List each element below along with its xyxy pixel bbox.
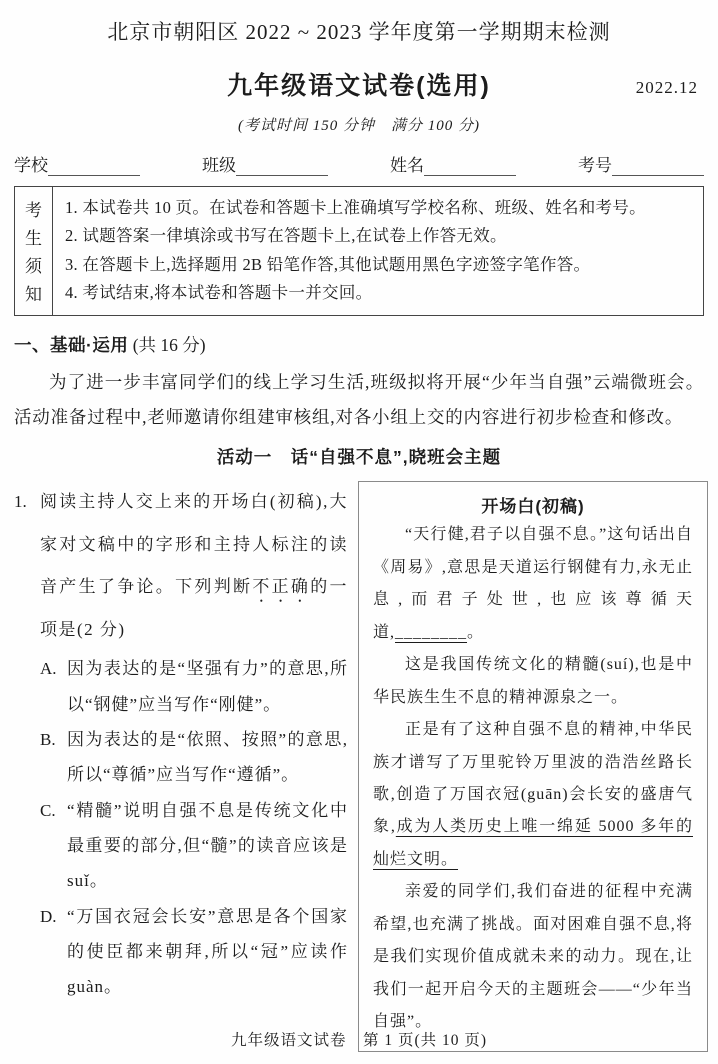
student-info-form: 学校 班级 姓名 考号 — [14, 151, 704, 176]
option-d-label: D. — [40, 899, 67, 1005]
notice-item: 4. 考试结束,将本试卷和答题卡一并交回。 — [65, 279, 693, 307]
page-footer: 九年级语文试卷 第 1 页(共 10 页) — [0, 1028, 718, 1050]
notice-side-char: 知 — [25, 280, 42, 305]
exam-duration-info: (考试时间 150 分钟 满分 100 分) — [0, 114, 718, 135]
speech-paragraph-4: 亲爱的同学们,我们奋进的征程中充满希望,也充满了挑战。面对困难自强不息,将是我们… — [373, 876, 693, 1038]
speech-paragraph-1: “天行健,君子以自强不息。”这句话出自《周易》,意思是天道运行钢健有力,永无止息… — [373, 519, 693, 649]
speech-box-title: 开场白(初稿) — [373, 492, 693, 517]
section-one-heading: 一、基础·运用 (共 16 分) — [14, 332, 704, 357]
section-one-title: 一、基础·运用 — [14, 335, 128, 355]
stem-emphasized-text: 不正确 — [252, 577, 310, 596]
option-a-text: 因为表达的是“坚强有力”的意思,所以“钢健”应当写作“刚健”。 — [67, 651, 348, 722]
option-a: A. 因为表达的是“坚强有力”的意思,所以“钢健”应当写作“刚健”。 — [40, 651, 348, 722]
question-area: 1. 阅读主持人交上来的开场白(初稿),大家对文稿中的字形和主持人标注的读音产生… — [0, 481, 718, 1052]
question-1-options: A. 因为表达的是“坚强有力”的意思,所以“钢健”应当写作“刚健”。 B. 因为… — [14, 651, 348, 1005]
class-label: 班级 — [202, 151, 236, 176]
option-c-text: “精髓”说明自强不息是传统文化中最重要的部分,但“髓”的读音应该是 suǐ。 — [67, 793, 348, 899]
notice-side-char: 考 — [25, 196, 42, 221]
option-b-text: 因为表达的是“依照、按照”的意思,所以“尊循”应当写作“遵循”。 — [67, 722, 348, 793]
question-1-stem-text: 阅读主持人交上来的开场白(初稿),大家对文稿中的字形和主持人标注的读音产生了争论… — [40, 481, 348, 651]
name-blank-line — [424, 157, 516, 176]
class-blank-line — [236, 157, 328, 176]
option-b-label: B. — [40, 722, 67, 793]
question-1-stem: 1. 阅读主持人交上来的开场白(初稿),大家对文稿中的字形和主持人标注的读音产生… — [14, 481, 348, 651]
exam-title-line2: 九年级语文试卷(选用) — [227, 72, 491, 100]
class-field: 班级 — [202, 151, 328, 176]
speech-draft-panel: 开场白(初稿) “天行健,君子以自强不息。”这句话出自《周易》,意思是天道运行钢… — [358, 481, 708, 1052]
speech-paragraph-3: 正是有了这种自强不息的精神,中华民族才谱写了万里驼铃万里波的浩浩丝路长歌,创造了… — [373, 714, 693, 876]
school-label: 学校 — [14, 151, 48, 176]
fill-in-blank-line: ________ — [395, 624, 467, 641]
notice-item: 3. 在答题卡上,选择题用 2B 铅笔作答,其他试题用黑色字迹签字笔作答。 — [65, 251, 693, 279]
option-d: D. “万国衣冠会长安”意思是各个国家的使臣都来朝拜,所以“冠”应读作 guàn… — [40, 899, 348, 1005]
notice-item: 1. 本试卷共 10 页。在试卷和答题卡上准确填写学校名称、班级、姓名和考号。 — [65, 194, 693, 222]
exam-number-blank-line — [612, 157, 704, 176]
option-c: C. “精髓”说明自强不息是传统文化中最重要的部分,但“髓”的读音应该是 suǐ… — [40, 793, 348, 899]
section-one-intro: 为了进一步丰富同学们的线上学习生活,班级拟将开展“少年当自强”云端微班会。活动准… — [14, 365, 704, 437]
notice-side-char: 须 — [25, 252, 42, 277]
school-blank-line — [48, 157, 140, 176]
notice-side-label: 考 生 须 知 — [15, 187, 53, 315]
name-field: 姓名 — [390, 151, 516, 176]
notice-item: 2. 试题答案一律填涂或书写在答题卡上,在试卷上作答无效。 — [65, 222, 693, 250]
underlined-sentence: 成为人类历史上唯一绵延 5000 多年的灿烂文明。 — [373, 818, 693, 867]
section-one-score: (共 16 分) — [133, 335, 206, 355]
speech-draft-box: 开场白(初稿) “天行健,君子以自强不息。”这句话出自《周易》,意思是天道运行钢… — [358, 481, 708, 1052]
exam-paper-page: 北京市朝阳区 2022 ~ 2023 学年度第一学期期末检测 九年级语文试卷(选… — [0, 0, 718, 1064]
notice-items: 1. 本试卷共 10 页。在试卷和答题卡上准确填写学校名称、班级、姓名和考号。 … — [53, 187, 703, 315]
exam-number-label: 考号 — [578, 151, 612, 176]
exam-title-line1: 北京市朝阳区 2022 ~ 2023 学年度第一学期期末检测 — [0, 0, 718, 46]
notice-side-char: 生 — [25, 224, 42, 249]
exam-date: 2022.12 — [636, 78, 698, 98]
option-d-text: “万国衣冠会长安”意思是各个国家的使臣都来朝拜,所以“冠”应读作 guàn。 — [67, 899, 348, 1005]
option-a-label: A. — [40, 651, 67, 722]
exam-title-row: 九年级语文试卷(选用) 2022.12 — [0, 66, 718, 100]
question-1: 1. 阅读主持人交上来的开场白(初稿),大家对文稿中的字形和主持人标注的读音产生… — [14, 481, 348, 1052]
examinee-notice-table: 考 生 须 知 1. 本试卷共 10 页。在试卷和答题卡上准确填写学校名称、班级… — [14, 186, 704, 316]
speech-paragraph-2: 这是我国传统文化的精髓(suí),也是中华民族生生不息的精神源泉之一。 — [373, 649, 693, 714]
speech-p1-end: 。 — [467, 624, 484, 641]
activity-one-heading: 活动一 话“自强不息”,晓班会主题 — [0, 444, 718, 469]
exam-number-field: 考号 — [578, 151, 704, 176]
question-1-number: 1. — [14, 481, 40, 651]
option-b: B. 因为表达的是“依照、按照”的意思,所以“尊循”应当写作“遵循”。 — [40, 722, 348, 793]
option-c-label: C. — [40, 793, 67, 899]
name-label: 姓名 — [390, 151, 424, 176]
school-field: 学校 — [14, 151, 140, 176]
